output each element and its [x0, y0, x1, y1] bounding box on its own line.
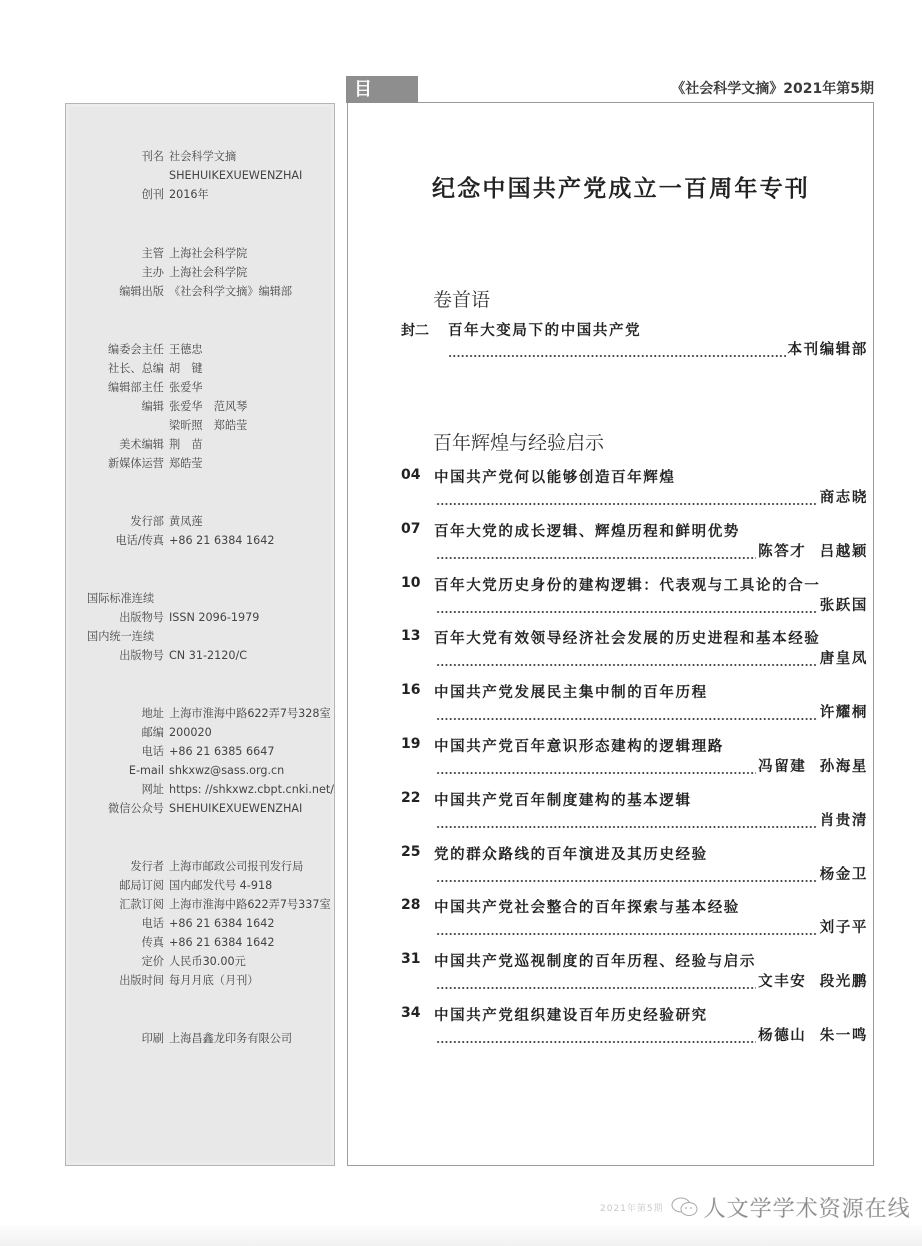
section-title: 百年辉煌与经验启示	[433, 428, 604, 455]
entry-title[interactable]: 中国共产党巡视制度的百年历程、经验与启示	[434, 950, 756, 971]
entry-leader: 刘子平	[436, 919, 868, 937]
entry-leader: 张跃国	[436, 597, 868, 615]
entry-leader: 唐皇凤	[436, 650, 868, 668]
masthead-value: SHEHUIKEXUEWENZHAI	[169, 166, 302, 185]
masthead-row: 社长、总编胡 键	[66, 359, 336, 378]
masthead-label: 编辑部主任	[108, 378, 164, 397]
masthead-value: 上海社会科学院	[169, 244, 247, 263]
entry-author: 唐皇凤	[820, 647, 868, 668]
masthead-row: 刊名社会科学文摘	[66, 147, 336, 166]
entry-title[interactable]: 百年大党的成长逻辑、辉煌历程和鲜明优势	[434, 520, 740, 541]
masthead-row: 新媒体运营郑皓莹	[66, 454, 336, 473]
dot-leader	[448, 348, 786, 359]
masthead-panel: 刊名社会科学文摘SHEHUIKEXUEWENZHAI创刊2016年主管上海社会科…	[65, 103, 335, 1166]
masthead-label: 发行者	[130, 857, 164, 876]
entry-leader: 肖贵清	[436, 812, 868, 830]
toc-tab-label: 目 次	[346, 76, 418, 103]
entry-title[interactable]: 中国共产党发展民主集中制的百年历程	[434, 681, 708, 702]
masthead-label: 主管	[142, 244, 164, 263]
masthead-row: 主管上海社会科学院	[66, 244, 336, 263]
masthead-value[interactable]: https: //shkxwz.cbpt.cnki.net/	[169, 780, 334, 799]
journal-issue-title: 《社会科学文摘》2021年第5期	[671, 78, 874, 98]
masthead-label: 美术编辑	[119, 435, 164, 454]
masthead-label: 新媒体运营	[108, 454, 164, 473]
entry-author: 本刊编辑部	[788, 338, 869, 359]
entry-title[interactable]: 中国共产党社会整合的百年探索与基本经验	[434, 896, 740, 917]
masthead-value: 每月月底（月刊）	[169, 971, 259, 990]
entry-leader: 商志晓	[436, 489, 868, 507]
masthead-label: 电话/传真	[115, 531, 164, 550]
page-bottom-edge	[0, 1225, 922, 1246]
entry-page-number: 22	[401, 790, 433, 806]
masthead-value: 上海市淮海中路622弄7号337室	[169, 895, 331, 914]
masthead-row: 出版物号CN 31-2120/C	[66, 646, 336, 665]
masthead-row: 电话/传真+86 21 6384 1642	[66, 531, 336, 550]
masthead-label: 主办	[142, 263, 164, 282]
masthead-value: +86 21 6385 6647	[169, 742, 274, 761]
masthead-value: 人民币30.00元	[169, 952, 246, 971]
masthead-value: 上海昌鑫龙印务有限公司	[169, 1029, 292, 1048]
dot-leader	[436, 604, 818, 615]
masthead-value: 上海社会科学院	[169, 263, 247, 282]
masthead-label: 国际标准连续	[87, 589, 154, 608]
masthead-value: 上海市淮海中路622弄7号328室	[169, 704, 331, 723]
entry-author: 张跃国	[820, 594, 868, 615]
masthead-label: 电话	[142, 914, 164, 933]
masthead-value: 社会科学文摘	[169, 147, 236, 166]
masthead-label: 国内统一连续	[87, 627, 154, 646]
entry-author: 冯留建 孙海星	[758, 755, 868, 776]
masthead-value: 《社会科学文摘》编辑部	[169, 282, 292, 301]
masthead-value: SHEHUIKEXUEWENZHAI	[169, 799, 302, 818]
masthead-label: 邮编	[142, 723, 164, 742]
masthead-label: 电话	[142, 742, 164, 761]
masthead-label: 微信公众号	[108, 799, 164, 818]
masthead-value: +86 21 6384 1642	[169, 531, 274, 550]
watermark: 2021年第5期 人文学学术资源在线	[600, 1192, 911, 1222]
entry-title[interactable]: 百年大党有效领导经济社会发展的历史进程和基本经验	[434, 627, 820, 648]
entry-title[interactable]: 党的群众路线的百年演进及其历史经验	[434, 843, 708, 864]
masthead-row: SHEHUIKEXUEWENZHAI	[66, 166, 336, 185]
wechat-icon	[670, 1196, 700, 1218]
masthead-label: 汇款订阅	[119, 895, 164, 914]
masthead-row: 网址https: //shkxwz.cbpt.cnki.net/	[66, 780, 336, 799]
entry-author: 杨德山 朱一鸣	[758, 1024, 868, 1045]
entry-page-number: 07	[401, 521, 433, 537]
masthead-value: 梁昕照 郑皓莹	[169, 416, 247, 435]
masthead-row: 地址上海市淮海中路622弄7号328室	[66, 704, 336, 723]
masthead-row: 发行者上海市邮政公司报刊发行局	[66, 857, 336, 876]
entry-page-number: 13	[401, 628, 433, 644]
entry-title[interactable]: 中国共产党组织建设百年历史经验研究	[434, 1004, 708, 1025]
masthead-row: 国内统一连续	[66, 627, 336, 646]
masthead-value[interactable]: shkxwz@sass.org.cn	[169, 761, 284, 780]
masthead-value: 黄凤莲	[169, 512, 203, 531]
entry-leader: 杨德山 朱一鸣	[436, 1027, 868, 1045]
masthead-row: E-mailshkxwz@sass.org.cn	[66, 761, 336, 780]
masthead-value: 胡 键	[169, 359, 203, 378]
watermark-text: 人文学学术资源在线	[704, 1192, 911, 1223]
masthead-value: +86 21 6384 1642	[169, 914, 274, 933]
masthead-row: 创刊2016年	[66, 185, 336, 204]
masthead-label: 编委会主任	[108, 340, 164, 359]
masthead-value: 张爱华	[169, 378, 203, 397]
masthead-value: 张爱华 范风琴	[169, 397, 247, 416]
entry-author: 肖贵清	[820, 809, 868, 830]
dot-leader	[436, 657, 818, 668]
masthead-row: 国际标准连续	[66, 589, 336, 608]
watermark-small-text: 2021年第5期	[600, 1201, 664, 1214]
masthead-row: 编辑出版《社会科学文摘》编辑部	[66, 282, 336, 301]
masthead-label: 传真	[142, 933, 164, 952]
masthead-row: 印刷上海昌鑫龙印务有限公司	[66, 1029, 336, 1048]
masthead-value: ISSN 2096-1979	[169, 608, 259, 627]
masthead-row: 出版物号ISSN 2096-1979	[66, 608, 336, 627]
masthead-label: 印刷	[142, 1029, 164, 1048]
entry-leader: 本刊编辑部	[448, 341, 868, 359]
masthead-label: 编辑出版	[119, 282, 164, 301]
entry-page-number: 25	[401, 844, 433, 860]
masthead-row: 传真+86 21 6384 1642	[66, 933, 336, 952]
dot-leader	[436, 765, 756, 776]
entry-title[interactable]: 中国共产党百年意识形态建构的逻辑理路	[434, 735, 724, 756]
masthead-row: 微信公众号SHEHUIKEXUEWENZHAI	[66, 799, 336, 818]
entry-page-number: 19	[401, 736, 433, 752]
entry-author: 文丰安 段光鹏	[758, 970, 868, 991]
masthead-value: 郑皓莹	[169, 454, 203, 473]
entry-page-number: 34	[401, 1005, 433, 1021]
entry-page-number: 10	[401, 575, 433, 591]
masthead-label: 社长、总编	[108, 359, 164, 378]
masthead-value: 国内邮发代号 4-918	[169, 876, 272, 895]
entry-title[interactable]: 中国共产党百年制度建构的基本逻辑	[434, 789, 692, 810]
dot-leader	[436, 496, 818, 507]
entry-leader: 陈答才 吕越颖	[436, 543, 868, 561]
entry-title[interactable]: 百年大变局下的中国共产党	[448, 319, 641, 340]
masthead-label: 出版物号	[119, 646, 164, 665]
entry-leader: 许耀桐	[436, 704, 868, 722]
entry-leader: 文丰安 段光鹏	[436, 973, 868, 991]
masthead-label: 刊名	[142, 147, 164, 166]
masthead-row: 电话+86 21 6385 6647	[66, 742, 336, 761]
masthead-row: 发行部黄凤莲	[66, 512, 336, 531]
entry-author: 杨金卫	[820, 863, 868, 884]
special-issue-title: 纪念中国共产党成立一百周年专刊	[432, 170, 810, 203]
masthead-value: 王德忠	[169, 340, 203, 359]
masthead-value: 200020	[169, 723, 212, 742]
masthead-label: 发行部	[130, 512, 164, 531]
dot-leader	[436, 1034, 756, 1045]
entry-leader: 冯留建 孙海星	[436, 758, 868, 776]
entry-page-number: 28	[401, 897, 433, 913]
entry-page-number: 16	[401, 682, 433, 698]
masthead-row: 主办上海社会科学院	[66, 263, 336, 282]
dot-leader	[436, 711, 818, 722]
entry-author: 刘子平	[820, 916, 868, 937]
dot-leader	[436, 926, 818, 937]
masthead-value: 2016年	[169, 185, 209, 204]
dot-leader	[436, 873, 818, 884]
masthead-row: 编委会主任王德忠	[66, 340, 336, 359]
masthead-row: 编辑部主任张爱华	[66, 378, 336, 397]
masthead-row: 梁昕照 郑皓莹	[66, 416, 336, 435]
entry-title[interactable]: 中国共产党何以能够创造百年辉煌	[434, 466, 676, 487]
masthead-row: 出版时间每月月底（月刊）	[66, 971, 336, 990]
entry-page-number: 31	[401, 951, 433, 967]
entry-author: 许耀桐	[820, 701, 868, 722]
masthead-label: E-mail	[129, 761, 164, 780]
dot-leader	[436, 819, 818, 830]
masthead-row: 编辑张爱华 范风琴	[66, 397, 336, 416]
masthead-label: 地址	[142, 704, 164, 723]
masthead-label: 编辑	[142, 397, 164, 416]
masthead-value: 上海市邮政公司报刊发行局	[169, 857, 303, 876]
masthead-value: 荆 苗	[169, 435, 203, 454]
masthead-label: 出版时间	[119, 971, 164, 990]
masthead-label: 邮局订阅	[119, 876, 164, 895]
masthead-label: 定价	[142, 952, 164, 971]
dot-leader	[436, 980, 756, 991]
masthead-label: 出版物号	[119, 608, 164, 627]
entry-author: 商志晓	[820, 486, 868, 507]
entry-author: 陈答才 吕越颖	[758, 540, 868, 561]
masthead-row: 电话+86 21 6384 1642	[66, 914, 336, 933]
entry-page-number: 封二	[401, 320, 433, 340]
masthead-row: 定价人民币30.00元	[66, 952, 336, 971]
masthead-label: 网址	[142, 780, 164, 799]
masthead-row: 邮编200020	[66, 723, 336, 742]
masthead-row: 汇款订阅上海市淮海中路622弄7号337室	[66, 895, 336, 914]
section-title: 卷首语	[433, 285, 490, 312]
masthead-row: 邮局订阅国内邮发代号 4-918	[66, 876, 336, 895]
masthead-value: +86 21 6384 1642	[169, 933, 274, 952]
entry-page-number: 04	[401, 467, 433, 483]
dot-leader	[436, 550, 756, 561]
masthead-value: CN 31-2120/C	[169, 646, 247, 665]
entry-title[interactable]: 百年大党历史身份的建构逻辑：代表观与工具论的合一	[434, 574, 820, 595]
masthead-row: 美术编辑荆 苗	[66, 435, 336, 454]
entry-leader: 杨金卫	[436, 866, 868, 884]
masthead-label: 创刊	[142, 185, 164, 204]
